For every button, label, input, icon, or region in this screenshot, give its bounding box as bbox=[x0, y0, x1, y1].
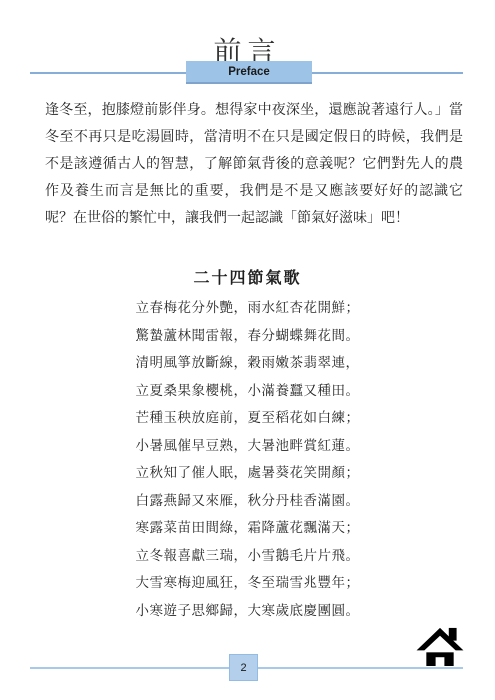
home-icon bbox=[416, 625, 464, 666]
subtitle-box: Preface bbox=[186, 61, 312, 84]
poem-line: 芒種玉秧放庭前，夏至稻花如白練； bbox=[0, 404, 495, 432]
poem-line: 寒露菜苗田間綠，霜降蘆花飄滿天； bbox=[0, 514, 495, 542]
song-title: 二十四節氣歌 bbox=[0, 265, 495, 288]
poem-line: 小寒遊子思鄉歸，大寒歲底慶團圓。 bbox=[0, 597, 495, 625]
poem-line: 大雪寒梅迎風狂，冬至瑞雪兆豐年； bbox=[0, 569, 495, 597]
poem-line: 小暑風催早豆熟，大暑池畔賞紅蓮。 bbox=[0, 432, 495, 460]
song-lines: 立春梅花分外艷，雨水紅杏花開鮮； 驚蟄蘆林聞雷報，春分蝴蝶舞花間。 清明風箏放斷… bbox=[0, 294, 495, 624]
poem-line: 立冬報喜獻三瑞，小雪鵝毛片片飛。 bbox=[0, 542, 495, 570]
intro-paragraph: 逢冬至，抱膝燈前影伴身。想得家中夜深坐，還應說著遠行人。」當冬至不再只是吃湯圓時… bbox=[45, 96, 463, 231]
home-button[interactable] bbox=[416, 625, 464, 666]
poem-line: 驚蟄蘆林聞雷報，春分蝴蝶舞花間。 bbox=[0, 322, 495, 350]
poem-line: 立秋知了催人眠，處暑葵花笑開顏； bbox=[0, 459, 495, 487]
page-number: 2 bbox=[240, 662, 246, 674]
poem-line: 立夏桑果象櫻桃，小滿養蠶又種田。 bbox=[0, 377, 495, 405]
page-number-badge: 2 bbox=[229, 654, 258, 681]
poem-line: 立春梅花分外艷，雨水紅杏花開鮮； bbox=[0, 294, 495, 322]
poem-line: 白露燕歸又來雁，秋分丹桂香滿園。 bbox=[0, 487, 495, 515]
slide-page: 前言 Preface 逢冬至，抱膝燈前影伴身。想得家中夜深坐，還應說著遠行人。」… bbox=[0, 0, 495, 700]
poem-line: 清明風箏放斷線，穀雨嫩茶翡翠連， bbox=[0, 349, 495, 377]
subtitle-label: Preface bbox=[228, 66, 270, 78]
